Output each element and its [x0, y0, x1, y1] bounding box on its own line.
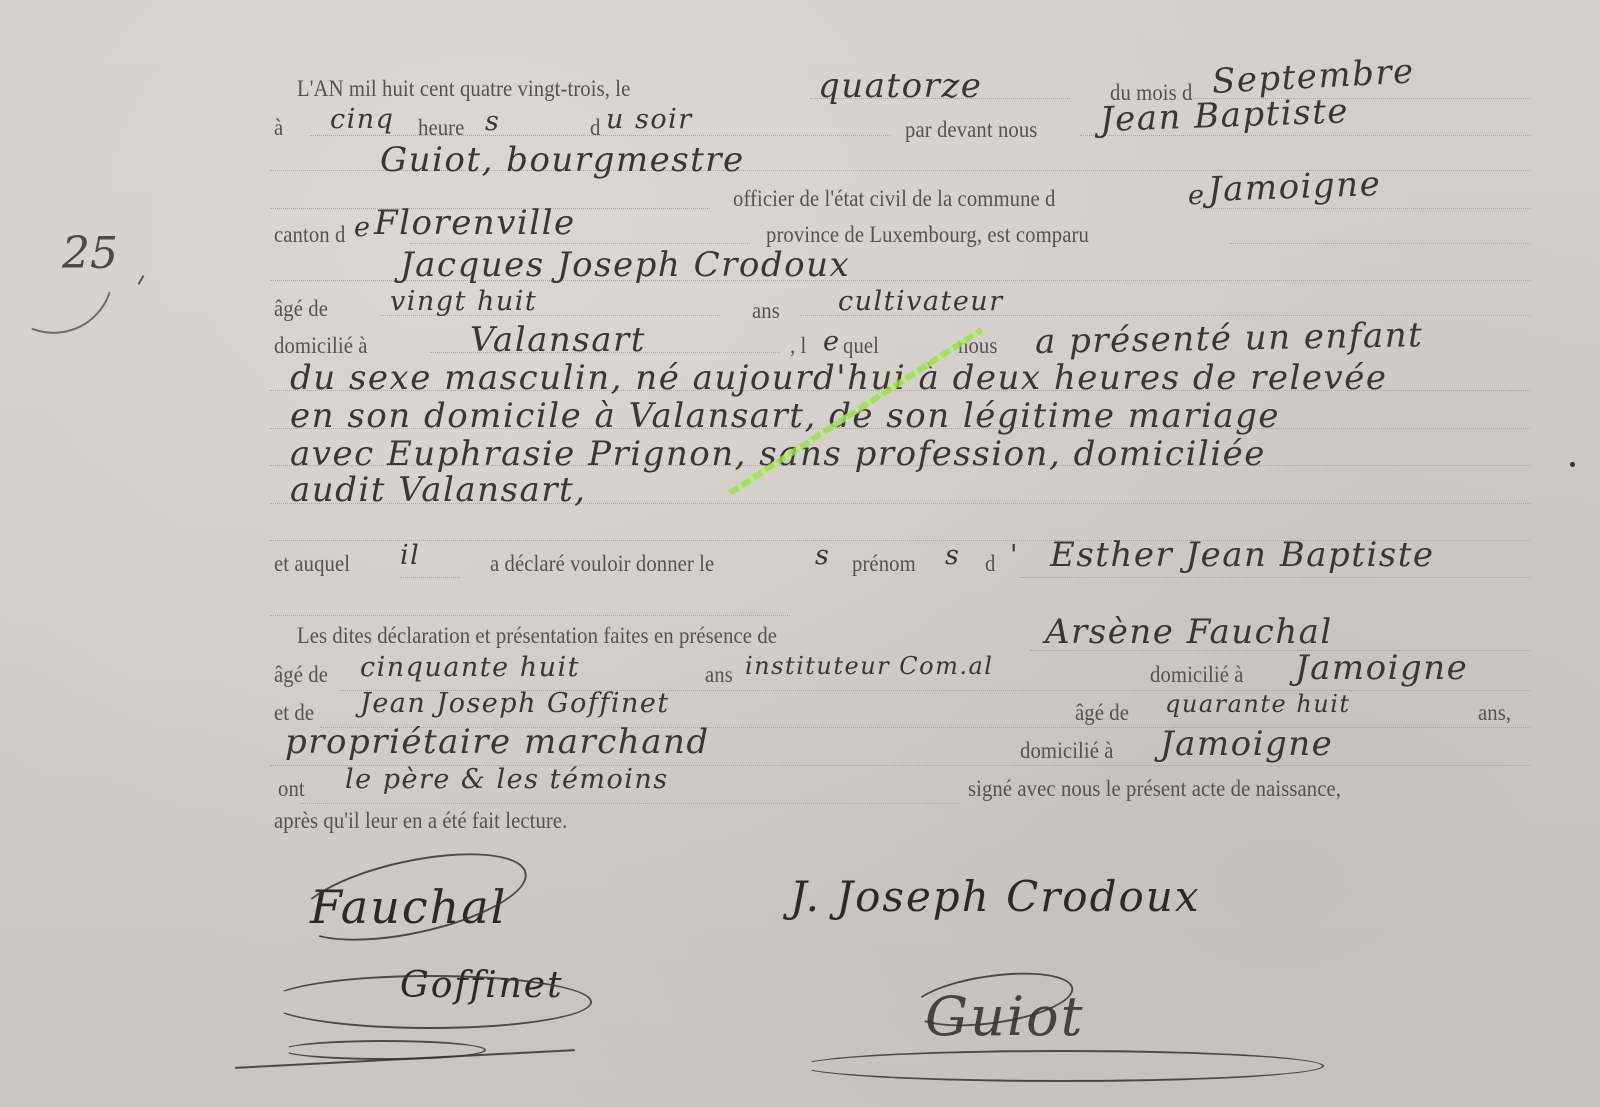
printed-par-devant-nous: par devant nous — [905, 117, 1037, 143]
printed-prenom: prénom — [852, 551, 916, 577]
rule — [410, 243, 750, 244]
printed-et-auquel: et auquel — [274, 551, 350, 577]
printed-apres-lecture: après qu'il leur en a été fait lecture. — [274, 808, 567, 834]
field-commune: Jamoigne — [1207, 164, 1382, 210]
printed-age-de: âgé de — [274, 296, 328, 322]
field-declarant-residence: Valansart — [470, 320, 646, 360]
printed-domicilie-w2: domicilié à — [1020, 738, 1114, 764]
field-statement-4: avec Euphrasie Prignon, sans profession,… — [290, 434, 1266, 474]
printed-quel: quel — [843, 333, 879, 359]
field-officer-name: Jean Baptiste — [1099, 91, 1349, 140]
field-declarant-occupation: cultivateur — [838, 286, 1004, 317]
printed-ans: ans — [752, 298, 780, 324]
field-apostrophe: ' — [1010, 540, 1019, 571]
field-witness2-occupation: propriétaire marchand — [285, 722, 710, 762]
field-pronoun: il — [400, 540, 420, 571]
field-declarant-name: Jacques Joseph Crodoux — [400, 245, 850, 285]
signature-flourish — [290, 836, 534, 957]
register-page: 25 L'AN mil huit cent quatre vingt-trois… — [0, 0, 1600, 1107]
field-witness2-residence: Jamoigne — [1160, 724, 1333, 764]
printed-d2: d — [985, 551, 995, 577]
field-witness1-occupation: instituteur Com.al — [745, 652, 993, 680]
field-witness2-age: quarante huit — [1165, 690, 1351, 718]
printed-declare-vouloir: a déclaré vouloir donner le — [490, 551, 714, 577]
printed-a: à — [274, 115, 283, 141]
field-witness1-name: Arsène Fauchal — [1045, 612, 1333, 652]
field-statement-1: a présenté un enfant — [1035, 315, 1424, 362]
field-plural-s1: s — [815, 540, 830, 571]
field-commune-prefix: e — [1188, 180, 1205, 211]
field-hour: cinq — [330, 104, 394, 135]
printed-signe-avec-nous: signé avec nous le présent acte de naiss… — [968, 776, 1341, 802]
field-canton: Florenville — [374, 203, 576, 243]
field-canton-prefix: e — [354, 212, 371, 243]
rule — [400, 577, 460, 578]
printed-ans-w1: ans — [705, 662, 733, 688]
rule — [300, 803, 960, 804]
field-statement-2: du sexe masculin, né aujourd'hui à deux … — [290, 358, 1387, 398]
printed-witnesses-intro: Les dites déclaration et présentation fa… — [297, 623, 777, 649]
field-hour-suffix: s — [485, 106, 500, 137]
signature-declarant: J. Joseph Crodoux — [790, 872, 1201, 921]
printed-officier-commune: officier de l'état civil de la commune d — [733, 186, 1056, 212]
printed-age-de-w2: âgé de — [1075, 700, 1129, 726]
field-statement-3: en son domicile à Valansart, de son légi… — [290, 396, 1280, 436]
printed-d: d — [590, 115, 600, 141]
printed-ont: ont — [278, 776, 305, 802]
entry-number: 25 — [62, 228, 118, 279]
field-child-names: Esther Jean Baptiste — [1050, 535, 1435, 575]
printed-ans-w2: ans, — [1478, 700, 1511, 726]
field-day: quatorze — [818, 66, 982, 106]
printed-comma-l: , l — [790, 333, 806, 359]
field-witness2-name: Jean Joseph Goffinet — [360, 688, 670, 719]
entry-number-mark — [138, 275, 145, 285]
rule — [1020, 577, 1530, 578]
field-officer-title: Guiot, bourgmestre — [380, 140, 745, 180]
field-time-of-day: u soir — [606, 104, 693, 135]
printed-heure: heure — [418, 115, 464, 141]
printed-year-line: L'AN mil huit cent quatre vingt-trois, l… — [297, 76, 630, 102]
rule — [1230, 243, 1530, 244]
printed-age-de-w1: âgé de — [274, 662, 328, 688]
entry-number-flourish — [31, 271, 110, 350]
field-declarant-age: vingt huit — [390, 286, 537, 317]
rule — [270, 615, 790, 616]
ink-dot — [1570, 462, 1575, 467]
field-plural-s2: s — [945, 540, 960, 571]
field-witness1-residence: Jamoigne — [1295, 648, 1468, 688]
printed-canton: canton d — [274, 222, 345, 248]
signature-flourish — [800, 1050, 1324, 1082]
field-witness1-age: cinquante huit — [360, 652, 580, 683]
field-statement-5: audit Valansart, — [290, 470, 586, 510]
printed-domicilie-w1: domicilié à — [1150, 662, 1244, 688]
field-signers: le père & les témoins — [345, 764, 669, 795]
field-lequel-fill: e — [823, 326, 840, 357]
signature-flourish — [268, 975, 592, 1029]
printed-domicilie-a: domicilié à — [274, 333, 368, 359]
